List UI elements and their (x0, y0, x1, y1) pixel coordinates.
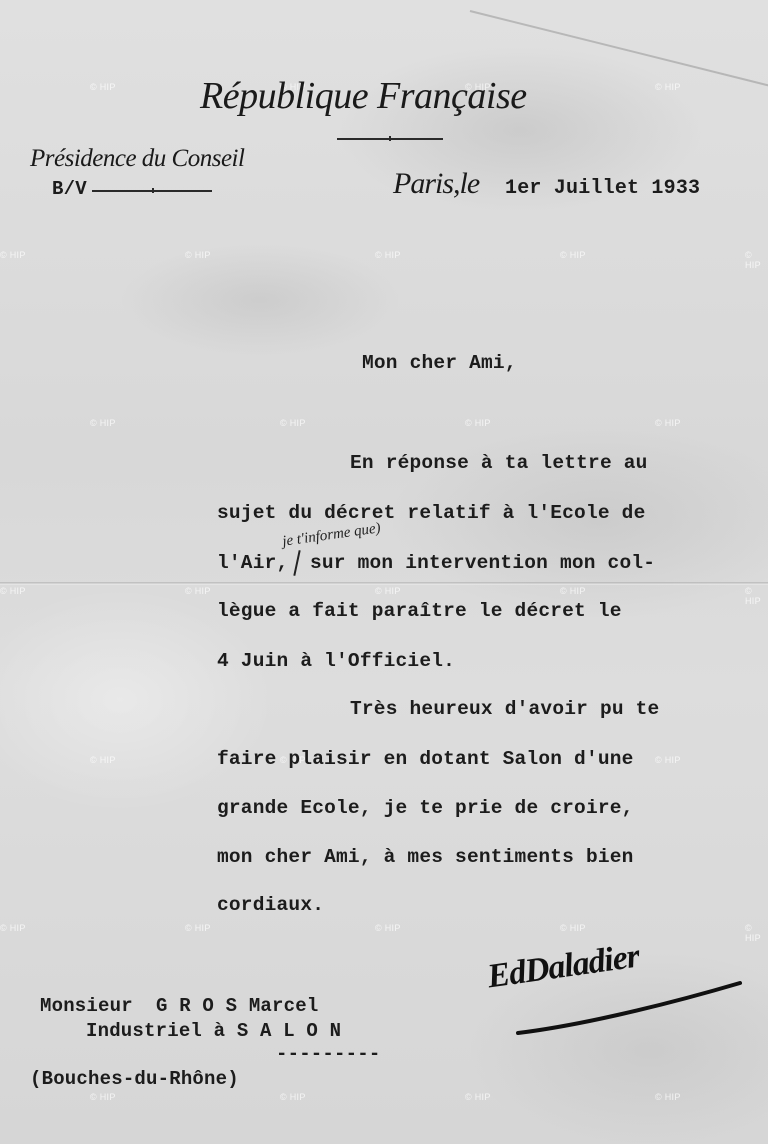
watermark-text: © HIP (655, 1092, 681, 1102)
recipient-department: (Bouches-du-Rhône) (30, 1068, 239, 1090)
recipient-occupation: Industriel à S A L O N (86, 1020, 341, 1042)
watermark-text: © HIP (185, 586, 211, 596)
watermark-text: © HIP (745, 586, 768, 606)
reference-rule (92, 190, 212, 192)
watermark-text: © HIP (0, 923, 26, 933)
watermark-text: © HIP (560, 250, 586, 260)
watermark-text: © HIP (90, 1092, 116, 1102)
recipient-divider: --------- (276, 1043, 380, 1065)
letter-date: 1er Juillet 1933 (505, 177, 700, 200)
watermark-text: © HIP (0, 586, 26, 596)
watermark-text: © HIP (465, 1092, 491, 1102)
watermark-text: © HIP (745, 923, 768, 943)
body-line: mon cher Ami, à mes sentiments bien (217, 846, 634, 868)
body-line: sur mon intervention mon col- (310, 552, 655, 574)
watermark-text: © HIP (745, 250, 768, 270)
watermark-text: © HIP (655, 755, 681, 765)
watermark-text: © HIP (185, 250, 211, 260)
body-line: lègue a fait paraître le décret le (217, 600, 622, 622)
body-line: 4 Juin à l'Officiel. (217, 650, 455, 672)
watermark-text: © HIP (375, 250, 401, 260)
watermark-text: © HIP (560, 923, 586, 933)
watermark-text: © HIP (280, 418, 306, 428)
watermark-text: © HIP (465, 418, 491, 428)
watermark-text: © HIP (655, 82, 681, 92)
letterhead-rule (337, 138, 443, 140)
body-line: faire plaisir en dotant Salon d'une (217, 748, 634, 770)
place-prefix: Paris,le (393, 167, 479, 201)
watermark-text: © HIP (185, 923, 211, 933)
watermark-text: © HIP (280, 1092, 306, 1102)
watermark-text: © HIP (90, 82, 116, 92)
paper-fold-line (0, 582, 768, 585)
signature-flourish (515, 978, 745, 1040)
letterhead-republic: République Française (200, 74, 527, 118)
body-line: sujet du décret relatif à l'Ecole de (217, 502, 645, 524)
watermark-text: © HIP (560, 586, 586, 596)
watermark-text: © HIP (0, 250, 26, 260)
body-line: grande Ecole, je te prie de croire, (217, 797, 634, 819)
body-line: l'Air, (217, 552, 288, 574)
letterhead-office: Présidence du Conseil (30, 145, 244, 173)
recipient-name: Monsieur G R O S Marcel (40, 995, 318, 1017)
reference-code: B/V (52, 178, 87, 200)
body-line: cordiaux. (217, 894, 324, 916)
watermark-text: © HIP (655, 418, 681, 428)
salutation: Mon cher Ami, (362, 352, 517, 374)
watermark-text: © HIP (375, 586, 401, 596)
body-line: Très heureux d'avoir pu te (350, 698, 659, 720)
watermark-text: © HIP (90, 755, 116, 765)
watermark-text: © HIP (90, 418, 116, 428)
body-line: En réponse à ta lettre au (350, 452, 648, 474)
watermark-text: © HIP (375, 923, 401, 933)
